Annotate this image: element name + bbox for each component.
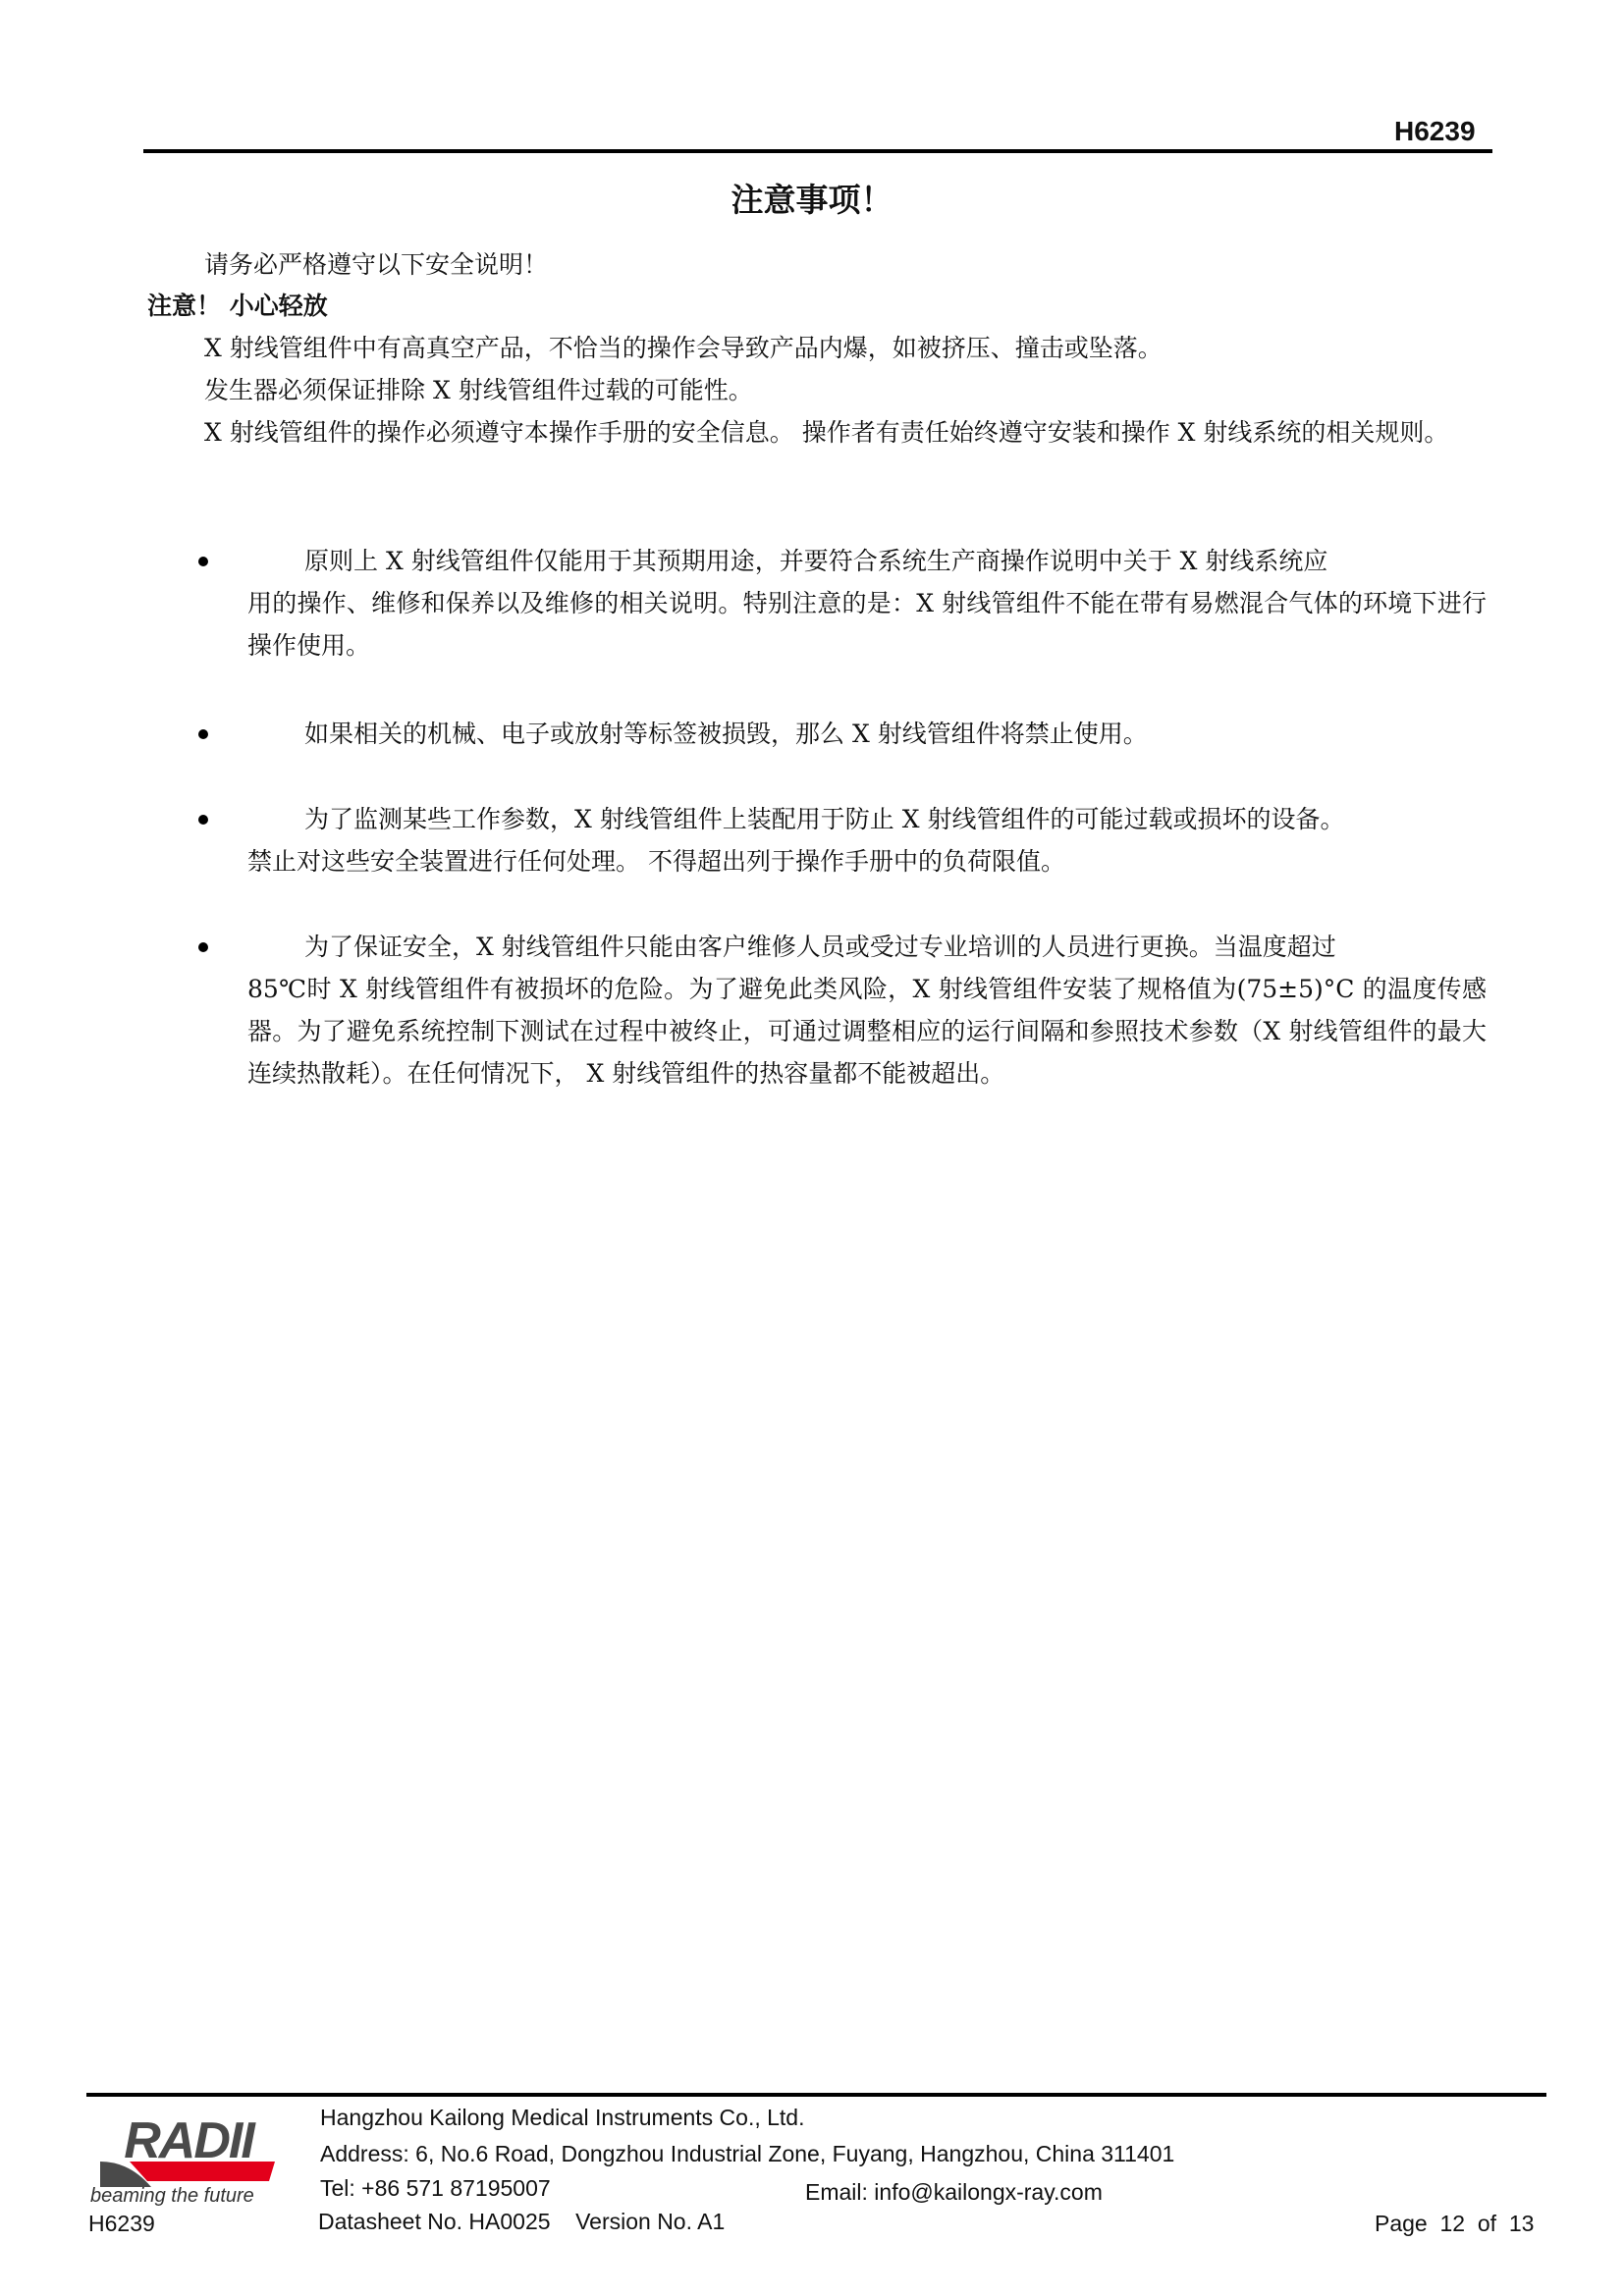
header-divider — [143, 149, 1492, 153]
page-number: Page 12 of 13 — [1375, 2211, 1534, 2237]
footer-doc-code: H6239 — [88, 2211, 155, 2237]
bullet-line-rest: 85℃时 X 射线管组件有被损坏的危险。为了避免此类风险，X 射线管组件安装了规… — [247, 968, 1487, 1095]
footer-tel: Tel: +86 571 87195007 — [320, 2175, 551, 2202]
svg-text:RADII: RADII — [124, 2112, 256, 2169]
bullet-line-first: 为了保证安全，X 射线管组件只能由客户维修人员或受过专业培训的人员进行更换。当温… — [247, 926, 1487, 968]
logo-tagline: beaming the future — [90, 2185, 254, 2208]
bullet-line-first: 为了监测某些工作参数，X 射线管组件上装配用于防止 X 射线管组件的可能过载或损… — [247, 798, 1487, 840]
bullet-line-rest: 禁止对这些安全装置进行任何处理。 不得超出列于操作手册中的负荷限值。 — [247, 840, 1487, 882]
warning-heading: 注意！ 小心轻放 — [147, 285, 328, 327]
footer-email: Email: info@kailongx-ray.com — [805, 2179, 1103, 2206]
paragraph-2: 发生器必须保证排除 X 射线管组件过载的可能性。 — [147, 369, 1488, 411]
bullet-line-rest: 用的操作、维修和保养以及维修的相关说明。特别注意的是：X 射线管组件不能在带有易… — [247, 582, 1487, 667]
bullet-icon — [198, 815, 208, 825]
intro-text: 请务必严格遵守以下安全说明！ — [204, 243, 548, 286]
paragraph-3: X 射线管组件的操作必须遵守本操作手册的安全信息。 操作者有责任始终遵守安装和操… — [147, 411, 1488, 454]
bullet-item-4: 为了保证安全，X 射线管组件只能由客户维修人员或受过专业培训的人员进行更换。当温… — [247, 926, 1487, 1095]
bullet-item-3: 为了监测某些工作参数，X 射线管组件上装配用于防止 X 射线管组件的可能过载或损… — [247, 798, 1487, 882]
paragraph-1: X 射线管组件中有高真空产品，不恰当的操作会导致产品内爆，如被挤压、撞击或坠落。 — [147, 327, 1488, 369]
bullet-item-2: 如果相关的机械、电子或放射等标签被损毁，那么 X 射线管组件将禁止使用。 — [247, 713, 1487, 755]
bullet-icon — [198, 942, 208, 952]
footer-divider — [86, 2093, 1546, 2097]
bullet-line-first: 原则上 X 射线管组件仅能用于其预期用途，并要符合系统生产商操作说明中关于 X … — [247, 540, 1487, 582]
bullet-icon — [198, 729, 208, 739]
bullet-line-first: 如果相关的机械、电子或放射等标签被损毁，那么 X 射线管组件将禁止使用。 — [247, 713, 1487, 755]
footer-address: Address: 6, No.6 Road, Dongzhou Industri… — [320, 2141, 1174, 2167]
page-title: 注意事项！ — [0, 175, 1624, 221]
header-doc-code: H6239 — [1394, 116, 1476, 147]
footer-datasheet: Datasheet No. HA0025 Version No. A1 — [318, 2209, 725, 2235]
bullet-item-1: 原则上 X 射线管组件仅能用于其预期用途，并要符合系统生产商操作说明中关于 X … — [247, 540, 1487, 667]
bullet-icon — [198, 557, 208, 566]
footer-company: Hangzhou Kailong Medical Instruments Co.… — [320, 2105, 805, 2131]
